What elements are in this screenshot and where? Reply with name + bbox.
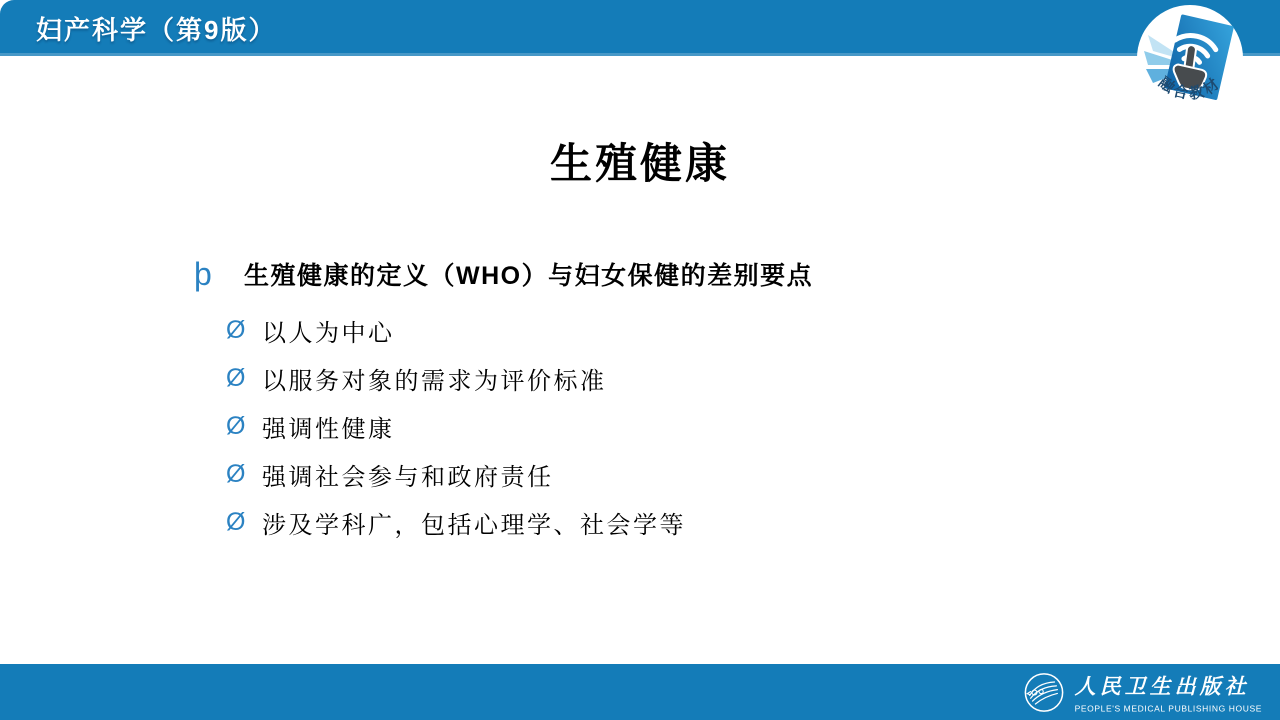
slide-canvas: 妇产科学（第9版） bbox=[0, 0, 1280, 720]
bullet-heading-row: þ 生殖健康的定义（WHO）与妇女保健的差别要点 bbox=[194, 256, 813, 292]
list-item: Ø 以人为中心 bbox=[226, 306, 686, 354]
publisher-logo: 人民卫生出版社 PEOPLE'S MEDICAL PUBLISHING HOUS… bbox=[1023, 671, 1262, 714]
fusion-badge-icon: 融合教材 bbox=[1136, 4, 1244, 112]
slashed-o-bullet-icon: Ø bbox=[226, 366, 252, 391]
publisher-names: 人民卫生出版社 PEOPLE'S MEDICAL PUBLISHING HOUS… bbox=[1075, 671, 1262, 714]
header-bar: 妇产科学（第9版） bbox=[0, 0, 1280, 56]
bullet-heading-text: 生殖健康的定义（WHO）与妇女保健的差别要点 bbox=[244, 256, 813, 292]
list-item: Ø 以服务对象的需求为评价标准 bbox=[226, 354, 686, 402]
slashed-o-bullet-icon: Ø bbox=[226, 414, 252, 439]
sub-bullet-list: Ø 以人为中心 Ø 以服务对象的需求为评价标准 Ø 强调性健康 Ø 强调社会参与… bbox=[226, 306, 686, 546]
slashed-o-bullet-icon: Ø bbox=[226, 510, 252, 535]
slashed-o-bullet-icon: Ø bbox=[226, 318, 252, 343]
footer-bar: 人民卫生出版社 PEOPLE'S MEDICAL PUBLISHING HOUS… bbox=[0, 664, 1280, 720]
slashed-o-bullet-icon: Ø bbox=[226, 462, 252, 487]
list-item-text: 以人为中心 bbox=[262, 313, 395, 348]
list-item: Ø 强调社会参与和政府责任 bbox=[226, 450, 686, 498]
list-item: Ø 涉及学科广，包括心理学、社会学等 bbox=[226, 498, 686, 546]
list-item-text: 强调性健康 bbox=[262, 409, 395, 444]
list-item-text: 涉及学科广，包括心理学、社会学等 bbox=[262, 505, 686, 540]
publisher-emblem-icon bbox=[1023, 671, 1065, 713]
publisher-name-en: PEOPLE'S MEDICAL PUBLISHING HOUSE bbox=[1075, 704, 1262, 714]
book-title: 妇产科学（第9版） bbox=[36, 10, 276, 47]
list-item-text: 以服务对象的需求为评价标准 bbox=[262, 361, 607, 396]
slide-title: 生殖健康 bbox=[0, 131, 1280, 191]
publisher-name-cn: 人民卫生出版社 bbox=[1075, 671, 1262, 701]
fusion-textbook-badge: 融合教材 bbox=[1136, 4, 1244, 112]
list-item-text: 强调社会参与和政府责任 bbox=[262, 457, 554, 492]
list-item: Ø 强调性健康 bbox=[226, 402, 686, 450]
checkbox-bullet-icon: þ bbox=[194, 258, 220, 290]
